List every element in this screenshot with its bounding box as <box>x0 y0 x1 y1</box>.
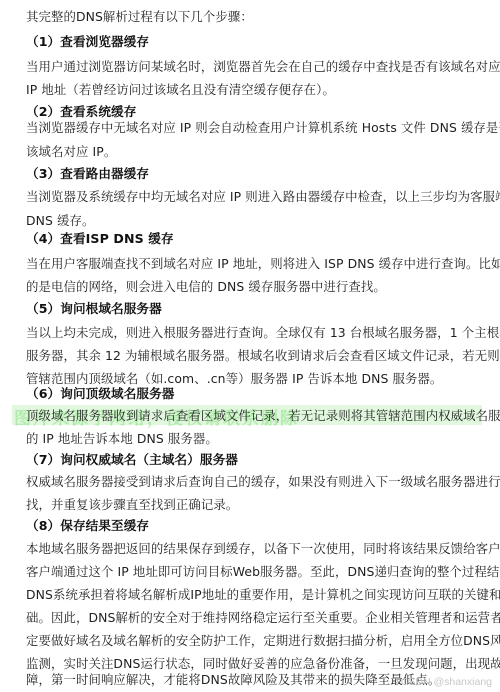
step-8-text: 监测，实时关注DNS运行状态，同时做好妥善的应急备份准备，一旦发现问题，出现故 <box>26 656 500 672</box>
document-body: 其完整的DNS解析过程有以下几个步骤： （1）查看浏览器缓存 当用户通过浏览器访… <box>0 0 500 692</box>
step-6-text: 顶级域名服务器收到请求后查看区域文件记录，若无记录则将其管辖范围内权威域名服务器 <box>26 408 500 424</box>
step-8-heading: （8）保存结果至缓存 <box>26 518 149 534</box>
step-1-text: 当用户通过浏览器访问某域名时，浏览器首先会在自己的缓存中查找是否有该域名对应的 <box>26 59 500 75</box>
step-1-heading: （1）查看浏览器缓存 <box>26 34 149 50</box>
step-8-text: 定要做好域名及域名解析的安全防护工作，定期进行数据扫描分析，启用全方位DNS风险 <box>26 633 500 649</box>
step-8-text: 障，第一时间响应解决，才能将DNS故障风险及其带来的损失降至最低点。 <box>26 672 440 688</box>
step-7-heading: （7）询问权威域名（主域名）服务器 <box>26 452 238 468</box>
step-8-text: 客户端通过这个 IP 地址即可访问目标Web服务器。至此，DNS递归查询的整个过… <box>26 564 500 580</box>
step-4-text: 的是电信的网络，则会进入电信的 DNS 缓存服务器中进行查找。 <box>26 279 386 295</box>
step-3-heading: （3）查看路由器缓存 <box>26 166 149 182</box>
step-1-text: IP 地址（若曾经访问过该域名且没有清空缓存便存在）。 <box>26 82 335 98</box>
step-8-text: DNS系统承担着将域名解析成IP地址的重要作用，是计算机之间实现访问互联的关键和… <box>26 587 500 603</box>
step-5-text: 当以上均未完成，则进入根服务器进行查询。全球仅有 13 台根域名服务器，1 个主… <box>26 325 500 341</box>
step-6-heading: （6）询问顶级域名服务器 <box>26 386 175 402</box>
step-8-text: 本地域名服务器把返回的结果保存到缓存，以备下一次使用，同时将该结果反馈给客户端， <box>26 541 500 557</box>
step-2-heading: （2）查看系统缓存 <box>26 104 136 120</box>
step-7-text: 权威域名服务器接受到请求后查询自己的缓存，如果没有则进入下一级域名服务器进行查 <box>26 474 500 490</box>
csdn-credit-watermark: CSDN @shanxiang <box>401 676 492 688</box>
intro-text: 其完整的DNS解析过程有以下几个步骤： <box>26 9 253 25</box>
step-6-text: 的 IP 地址告诉本地 DNS 服务器。 <box>26 431 218 447</box>
step-3-text: DNS 缓存。 <box>26 213 95 229</box>
step-7-text: 找，并重复该步骤直至找到正确记录。 <box>26 497 238 513</box>
step-5-text: 服务器，其余 12 为辅根域名服务器。根域名收到请求后会查看区域文件记录，若无则… <box>26 348 500 364</box>
step-4-text: 当在用户客服端查找不到域名对应 IP 地址，则将进入 ISP DNS 缓存中进行… <box>26 256 500 272</box>
step-5-text: 管辖范围内顶级域名（如.com、.cn等）服务器 IP 告诉本地 DNS 服务器… <box>26 371 442 387</box>
step-3-text: 当浏览器及系统缓存中均无域名对应 IP 则进入路由器缓存中检查，以上三步均为客服… <box>26 189 500 205</box>
step-2-text: 当浏览器缓存中无域名对应 IP 则会自动检查用户计算机系统 Hosts 文件 D… <box>26 120 500 136</box>
step-8-text: 础。因此，DNS解析的安全对于维持网络稳定运行至关重要。企业相关管理者和运营者一 <box>26 610 500 626</box>
step-4-heading: （4）查看ISP DNS 缓存 <box>26 231 174 247</box>
step-2-text: 该域名对应 IP。 <box>26 144 116 160</box>
step-5-heading: （5）询问根域名服务器 <box>26 301 162 317</box>
